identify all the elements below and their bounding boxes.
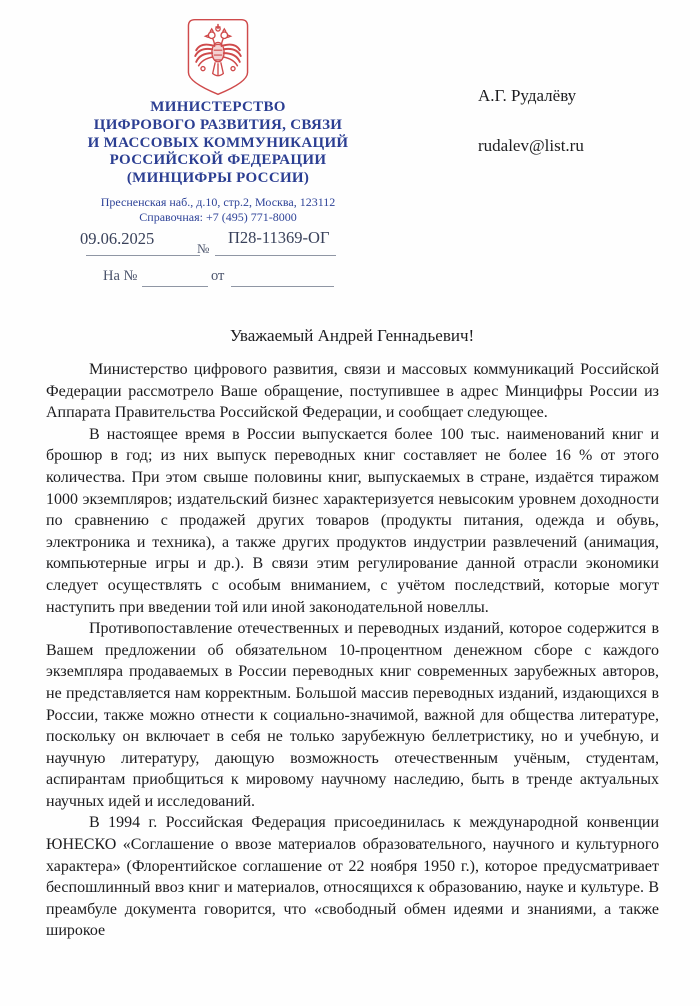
body-paragraph: В 1994 г. Российская Федерация присоедин… [46, 812, 659, 942]
reply-from-label: от [211, 268, 224, 285]
ministry-name-line: ЦИФРОВОГО РАЗВИТИЯ, СВЯЗИ [28, 117, 408, 135]
ministry-name-line: (МИНЦИФРЫ РОССИИ) [28, 170, 408, 188]
recipient-email: rudalev@list.ru [478, 136, 584, 156]
reply-date-underline [231, 286, 334, 287]
letter-date: 09.06.2025 [80, 229, 154, 249]
official-letter-page: МИНИСТЕРСТВО ЦИФРОВОГО РАЗВИТИЯ, СВЯЗИ И… [0, 0, 700, 1006]
ministry-address: Пресненская наб., д.10, стр.2, Москва, 1… [28, 195, 408, 211]
ministry-name-line: И МАССОВЫХ КОММУНИКАЦИЙ [28, 135, 408, 153]
body-paragraph: Противопоставление отечественных и перев… [46, 618, 659, 812]
russia-coat-of-arms-icon [187, 18, 249, 96]
body-paragraph: В настоящее время в России выпускается б… [46, 424, 659, 618]
letter-number: П28-11369-ОГ [228, 228, 330, 248]
date-underline [86, 255, 200, 256]
letterhead: МИНИСТЕРСТВО ЦИФРОВОГО РАЗВИТИЯ, СВЯЗИ И… [28, 10, 408, 226]
ministry-name-line: РОССИЙСКОЙ ФЕДЕРАЦИИ [28, 152, 408, 170]
letter-body: Министерство цифрового развития, связи и… [46, 359, 659, 942]
salutation: Уважаемый Андрей Геннадьевич! [46, 326, 658, 346]
body-paragraph: Министерство цифрового развития, связи и… [46, 359, 659, 424]
ministry-phone: Справочная: +7 (495) 771-8000 [28, 210, 408, 226]
number-underline [215, 255, 336, 256]
ministry-name-line: МИНИСТЕРСТВО [28, 99, 408, 117]
recipient-name: А.Г. Рудалёву [478, 86, 576, 106]
reply-to-label: На № [103, 268, 137, 285]
reply-number-underline [142, 286, 208, 287]
number-sign: № [197, 241, 209, 257]
ministry-name: МИНИСТЕРСТВО ЦИФРОВОГО РАЗВИТИЯ, СВЯЗИ И… [28, 99, 408, 188]
